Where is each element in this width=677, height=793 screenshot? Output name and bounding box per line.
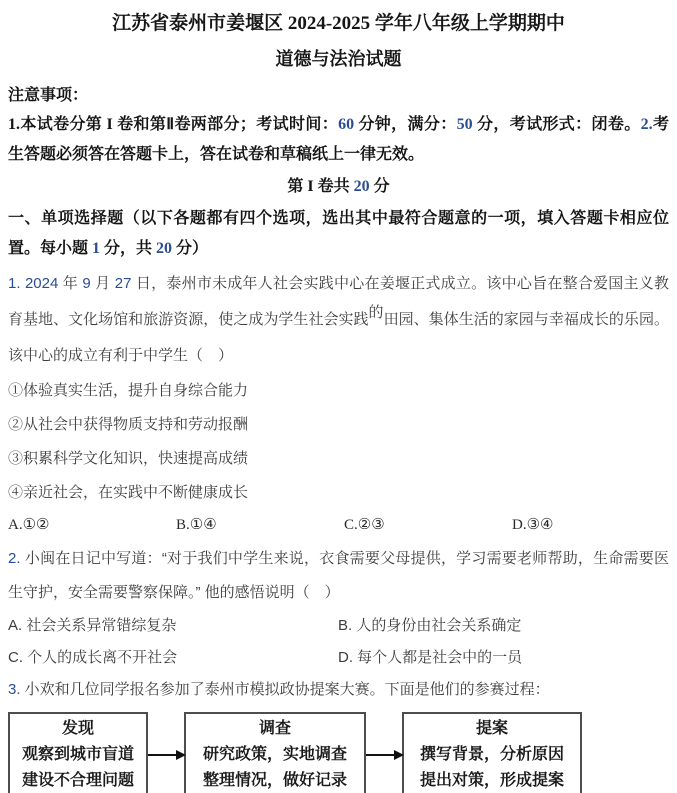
arrow-right-icon	[366, 754, 402, 756]
question-1-stem: 1. 2024 年 9 月 27 日，泰州市未成年人社会实践中心在姜堰正式成立。…	[8, 266, 669, 374]
flow-box-investigate-line2: 整理情况，做好记录	[190, 768, 360, 793]
flow-box-proposal-line2: 提出对策，形成提案	[408, 768, 576, 793]
section1-heading: 一、单项选择题（以下各题都有四个选项，选出其中最符合题意的一项，填入答题卡相应位…	[8, 204, 669, 264]
arrow-right-icon	[148, 754, 184, 756]
part1-heading: 第 I 卷共 20 分	[8, 176, 669, 198]
question-1-option-c: C.②③	[344, 512, 512, 538]
flow-box-investigate-title: 调查	[190, 716, 360, 742]
question-2-stem: 2. 小闽在日记中写道：“对于我们中学生来说，衣食需要父母提供，学习需要老师帮助…	[8, 542, 669, 610]
page-title: 江苏省泰州市姜堰区 2024-2025 学年八年级上学期期中	[8, 12, 669, 36]
question-2-option-a: A. 社会关系异常错综复杂	[8, 614, 338, 638]
flow-box-discover: 发现 观察到城市盲道 建设不合理问题	[8, 712, 148, 793]
question-1-item-4: ④亲近社会，在实践中不断健康成长	[8, 476, 669, 510]
question-2-option-c: C. 个人的成长离不开社会	[8, 646, 338, 670]
flow-box-discover-line1: 观察到城市盲道	[14, 742, 142, 768]
flow-box-discover-line2: 建设不合理问题	[14, 768, 142, 793]
flow-box-discover-title: 发现	[14, 716, 142, 742]
question-1-item-3: ③积累科学文化知识，快速提高成绩	[8, 442, 669, 476]
question-1-option-d: D.③④	[512, 512, 553, 538]
question-3-stem: 3. 小欢和几位同学报名参加了泰州市模拟政协提案大赛。下面是他们的参赛过程：	[8, 676, 669, 704]
notice-body: 1.本试卷分第 I 卷和第Ⅱ卷两部分；考试时间：60 分钟，满分：50 分，考试…	[8, 110, 669, 170]
flow-box-proposal-line1: 撰写背景，分析原因	[408, 742, 576, 768]
flow-diagram: 发现 观察到城市盲道 建设不合理问题 调查 研究政策，实地调查 整理情况，做好记…	[8, 712, 669, 793]
question-1-option-b: B.①④	[176, 512, 344, 538]
flow-box-investigate-line1: 研究政策，实地调查	[190, 742, 360, 768]
question-2-option-d: D. 每个人都是社会中的一员	[338, 646, 669, 670]
question-1-options-row: A.①② B.①④ C.②③ D.③④	[8, 512, 669, 538]
question-1-item-2: ②从社会中获得物质支持和劳动报酬	[8, 408, 669, 442]
exam-paper-page: 江苏省泰州市姜堰区 2024-2025 学年八年级上学期期中 道德与法治试题 注…	[0, 0, 677, 793]
question-2-options: A. 社会关系异常错综复杂 B. 人的身份由社会关系确定 C. 个人的成长离不开…	[8, 614, 669, 670]
page-subtitle: 道德与法治试题	[8, 48, 669, 70]
flow-box-investigate: 调查 研究政策，实地调查 整理情况，做好记录	[184, 712, 366, 793]
flow-box-proposal-title: 提案	[408, 716, 576, 742]
notice-heading: 注意事项：	[8, 86, 669, 106]
question-2-option-b: B. 人的身份由社会关系确定	[338, 614, 669, 638]
question-1-item-1: ①体验真实生活，提升自身综合能力	[8, 374, 669, 408]
flow-box-proposal: 提案 撰写背景，分析原因 提出对策，形成提案	[402, 712, 582, 793]
question-1-option-a: A.①②	[8, 512, 176, 538]
